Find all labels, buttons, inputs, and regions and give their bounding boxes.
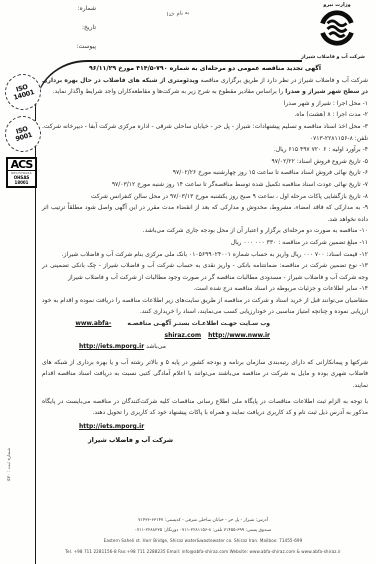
iso9001-number: 9001 (15, 132, 33, 143)
website-info-line: وب سـایت جهـت اطلاعـات بستـر آگهـی مناقص… (42, 318, 368, 341)
ohsas-18001-text: OHSAS 18001 (8, 175, 35, 185)
date-field-label: تاریخ: (58, 24, 96, 31)
notice-item-10: ۱۰- مناقصه به صورت دو مرحله‌ای برگزار و … (42, 225, 368, 237)
notice-item-2: ۲- مدت اجرا : ۸ (هشت) ماه. (42, 109, 368, 121)
notice-item-7: ۷- تاریخ نهائی عودت اسناد مناقصه تکمیل ش… (42, 179, 368, 191)
nww-link[interactable]: http://www.nww.ir (208, 332, 270, 339)
iets-final-link-line: http://iets.mporg.ir (42, 421, 368, 433)
website-info-label: وب سـایت جهـت اطلاعـات بستـر آگهـی مناقص… (127, 320, 270, 327)
notice-item-12: ۱۲- قیمت اسناد: ۷۰۰ ۰۰۰ ریال واریز به حس… (42, 249, 368, 261)
acs-ohsas-badge: ACS REGISTRARS OHSAS 18001 (6, 157, 37, 188)
national-database-note: با توجه به الزام ثبت اطلاعات مناقصات در … (42, 396, 368, 419)
notice-intro: شرکت آب و فاضلاب شیراز در نظر دارد از طر… (42, 75, 368, 98)
iets-final-link[interactable]: http://iets.mporg.ir (79, 423, 144, 430)
intro-end: را براساس مقادیر مقطوع به شرح زیر به شرک… (53, 88, 284, 95)
footer-contact-fa: صندوق پستی: ⁦۷۱۴۵۵-۶۹۹⁩ تلفن: ⁦۰۷۱۱-۲۲۸۱… (36, 526, 370, 536)
mibashad-text: می‌باشد (146, 343, 166, 350)
company-logo-block: وزارت نیرو (306, 2, 368, 47)
water-company-logo-icon (318, 9, 356, 47)
scanned-tender-document: شماره: تاریخ: پیوست: به نام خدا وزارت نی… (0, 0, 376, 564)
notice-item-8: ۸- تاریخ بازگشایی پاکات مرحله اول ، ساعت… (42, 191, 368, 203)
bismillah-text: به نام خدا (146, 8, 210, 21)
footer-contact-en: Tel. +98 711 2281156-8 Fax:+98 711 22882… (36, 547, 370, 557)
notice-item-11: ۱۱- مبلغ تضمین شرکت در مناقصه : ۳۳۰ ۰۰۰ … (42, 237, 368, 249)
notice-item-1: ۱- محل اجرا : شیراز و شهر صدرا (42, 98, 368, 110)
registration-number-vertical: شماره ثبت : ۵۷۰ (7, 448, 12, 524)
iets-link[interactable]: http://iets.mporg.ir (79, 343, 144, 350)
notice-item-9: ۹- به مدارکی که فاقد امضاء، مشروط، مخدوش… (42, 202, 368, 225)
iets-line: می‌باشد http://iets.mporg.ir (42, 341, 368, 353)
notice-item-6: ۶- تاریخ نهائی فروش اسناد مناقصه تا ساعت… (42, 167, 368, 179)
company-name-header: شرکت آب و فاضلاب شیراز (292, 55, 374, 60)
letterhead-footer: آدرس: شیراز - پل حر - خیابان ساحلی شرقی … (36, 516, 370, 557)
self-assessment-note: متقاضیان می‌توانند قبل از خرید اسناد و ش… (42, 295, 368, 318)
footer-address-fa: آدرس: شیراز - پل حر - خیابان ساحلی شرقی … (36, 516, 370, 526)
attachment-field-label: پیوست: (58, 43, 96, 50)
ministry-of-energy-label: وزارت نیرو (306, 2, 368, 8)
acs-logo-text: ACS (8, 159, 35, 171)
contractors-eligibility-note: شرکتها و پیمانکارانی که دارای رتبه‌بندی … (42, 357, 368, 392)
notice-body: آگهی تجدید مناقصه عمومی دو مرحله‌ای به ش… (42, 63, 368, 447)
notice-title: آگهی تجدید مناقصه عمومی دو مرحله‌ای به ش… (42, 63, 368, 75)
notice-item-4: ۴- برآورد اولیه : ۶ ۷۲۰ ۴۹۷ ۶۱۵ ریال. (42, 144, 368, 156)
signature-company-name: شرکت آب و فاضلاب شیراز (42, 435, 368, 447)
notice-item-14: ۱۴- سایر اطلاعات و جزئیات مربوطه در اسنا… (42, 283, 368, 295)
intro-start: شرکت آب و فاضلاب شیراز در نظر دارد از طر… (201, 77, 368, 84)
notice-item-5: ۵- تاریخ شروع فروش اسناد: ۹۷/۰۲/۲۲ (42, 156, 368, 168)
footer-address-en: Eastern Saheli st. Horr Bridge, Shiraz w… (36, 536, 370, 546)
notice-item-13: ۱۳- نوع تضمین شرکت در مناقصه: ضمانتنامه … (42, 260, 368, 283)
number-field-label: شماره: (58, 5, 96, 12)
notice-item-3: ۳- محل اخذ اسناد مناقصه و تسلیم پیشنهادا… (42, 121, 368, 144)
letterhead-fields: شماره: تاریخ: پیوست: (58, 5, 96, 62)
